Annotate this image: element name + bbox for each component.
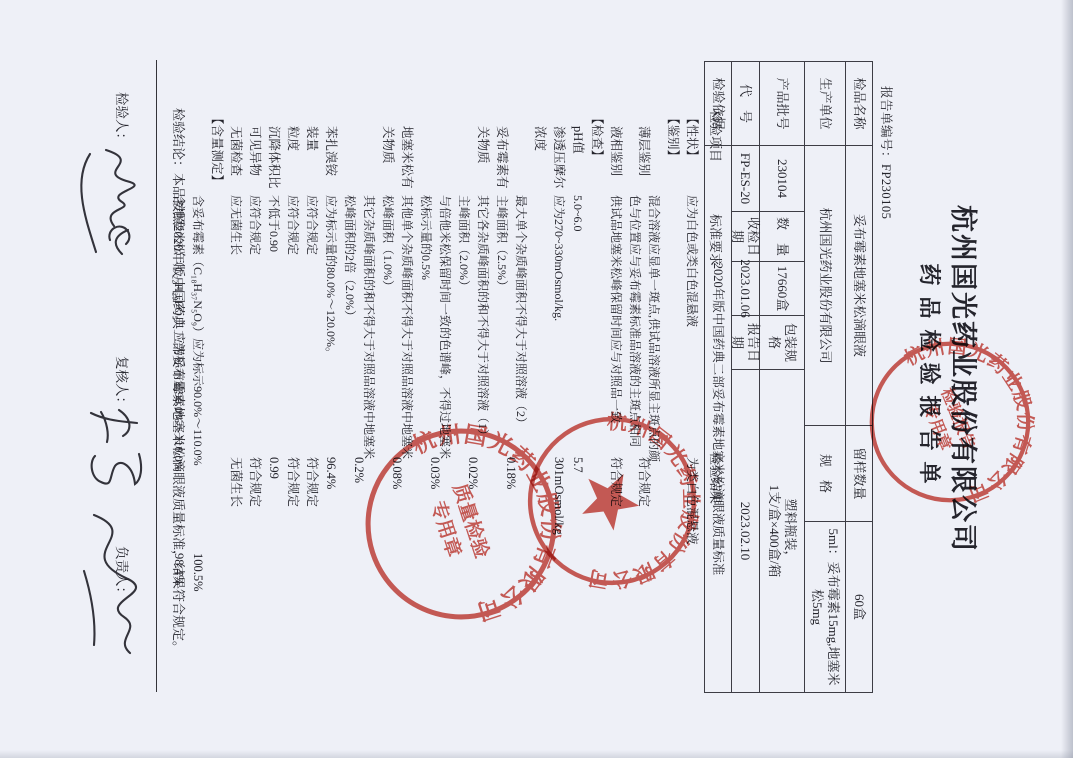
test-item-label: 无菌检查 <box>226 0 245 195</box>
test-row: 薄层鉴别 混合溶液应显单一斑点,供试品溶液所显主斑点的颜色与位置应与妥布霉素标准… <box>625 0 663 758</box>
result-value: 符合规定 <box>302 457 321 507</box>
result-value: 100.5% <box>188 553 207 592</box>
report-number-label: 报告单编号： <box>879 86 893 164</box>
info-row-code: 代 号 FP-ES-20 收检日期 2023.01.06 报告日期 2023.0… <box>731 62 759 692</box>
column-result: 检验结果 <box>707 452 726 504</box>
standard-text: 应无菌生长 <box>226 195 245 457</box>
info-row-batch: 产品批号 230104 数 量 17660盒 包装规格 塑料瓶装，1支/盒×40… <box>759 62 804 692</box>
test-item-label: 妥布霉素有关物质 <box>454 0 530 195</box>
report-date-label: 报告日期 <box>732 316 759 370</box>
reviewer-signature <box>73 398 153 498</box>
test-item-label: 渗透压摩尔浓度 <box>530 0 568 195</box>
spec-label: 规 格 <box>805 426 845 522</box>
column-item: 检验项目 <box>707 110 726 162</box>
test-item-label: 地塞米松有关物质 <box>340 0 454 195</box>
pack-value-line2: 1支/盒×400盒/箱 <box>766 485 782 578</box>
standard-text: 应为标示量的80.0%～120.0%。 <box>321 195 340 457</box>
test-item-label: 苯扎溴铵 <box>321 0 340 195</box>
test-item-label: pH值 <box>568 0 587 195</box>
qty-value: 17660盒 <box>760 262 804 316</box>
test-item-label: 装量 <box>302 0 321 195</box>
inspector-label: 检验人： <box>113 92 133 146</box>
conclusion-label: 检验结论： <box>171 108 186 173</box>
received-date-label: 收检日期 <box>732 212 759 262</box>
standard-text: 不低于0.90 <box>264 195 283 457</box>
scan-edge-shadow-right <box>1061 0 1073 758</box>
standard-text: 其他单个杂质峰面积不得大于对照品溶液中地塞米松峰面积（1.0%） <box>378 195 416 457</box>
test-row: 渗透压摩尔浓度 应为270~330mOsmol/kg. 301mOsmol/kg <box>530 0 568 758</box>
test-row: 苯扎溴铵 应为标示量的80.0%～120.0%。 96.4% <box>321 0 340 758</box>
test-item-label: 沉降体积比 <box>264 0 283 195</box>
conclusion-text: 本品按照2020年版中国药典二部妥布霉素地塞米松滴眼液质量标准，结果符合规定。 <box>171 173 186 654</box>
scan-edge-shadow-bottom <box>0 750 1073 758</box>
test-row: 液相鉴别 供试品地塞米松峰保留时间应与对照品一致 符合规定 <box>606 0 625 758</box>
qty-label: 数 量 <box>760 212 804 262</box>
test-row: 妥布霉素有关物质 最大单个杂质峰面积不得大于对照溶液（2）主峰面积（2.5%） … <box>454 0 530 758</box>
conclusion: 检验结论：本品按照2020年版中国药典二部妥布霉素地塞米松滴眼液质量标准，结果符… <box>170 108 189 708</box>
received-date-value: 2023.01.06 <box>732 262 759 316</box>
sample-name-label: 检品名称 <box>846 62 872 146</box>
retained-qty-value: 60盒 <box>846 522 872 692</box>
report-number: 报告单编号：FP230105 <box>878 86 896 219</box>
test-row: 沉降体积比 不低于0.90 0.99 <box>264 0 283 758</box>
result-value: 0.99 <box>264 457 283 479</box>
test-row: 装量 应符合规定 符合规定 <box>302 0 321 758</box>
test-item-label: 【检查】 <box>587 0 606 195</box>
pack-value-line1: 塑料瓶装， <box>782 498 798 563</box>
test-item-label <box>188 0 207 195</box>
test-item-label: 液相鉴别 <box>606 0 625 195</box>
test-row: pH值 5.0~6.0 5.7 <box>568 0 587 758</box>
approver-signature <box>53 505 158 665</box>
standard-text: 应符合规定 <box>283 195 302 457</box>
star-icon <box>580 468 644 534</box>
test-section-row: 【鉴别】 <box>663 0 682 758</box>
report-document: 报告单编号：FP230105 杭州国光药业股份有限公司 药品检验报告单 检品名称… <box>0 0 1073 758</box>
pack-label: 包装规格 <box>760 316 804 370</box>
code-label: 代 号 <box>732 62 759 146</box>
scanned-report-page: 报告单编号：FP230105 杭州国光药业股份有限公司 药品检验报告单 检品名称… <box>0 0 1073 758</box>
test-table-body: 【性状】 应为白色或类白色混悬液 为类白色混悬液 【鉴别】 薄层鉴别 混合溶液应… <box>169 0 701 758</box>
spec-value: 5ml：妥布霉素15mg,地塞米松5mg <box>805 522 845 692</box>
standard-text: 应为白色或类白色混悬液 <box>682 195 701 457</box>
test-item-label: 可见异物 <box>245 0 264 195</box>
standard-text: 应符合规定 <box>245 195 264 457</box>
test-row: 可见异物 应符合规定 符合规定 <box>245 0 264 758</box>
test-item-label: 【鉴别】 <box>663 0 682 195</box>
test-section-row: 【含量测定】 <box>207 0 226 758</box>
inspector-signature <box>58 140 158 270</box>
info-row-manufacturer: 生产单位 杭州国光药业股份有限公司 规 格 5ml：妥布霉素15mg,地塞米松5… <box>804 62 845 692</box>
batch-value: 230104 <box>760 146 804 212</box>
pack-value: 塑料瓶装，1支/盒×400盒/箱 <box>760 370 804 692</box>
result-value: 符合规定 <box>283 457 302 507</box>
report-date-value: 2023.02.10 <box>732 370 759 692</box>
test-row: 含妥布霉素（C₁₈H₃₇N₅O₉）应为标示90.0%～110.0% 100.5% <box>188 0 207 758</box>
test-row: 粒度 应符合规定 符合规定 <box>283 0 302 758</box>
standard-text: 与倍他米松保留时间一致的色谱峰，不得过地塞米松标示量的0.5% <box>416 195 454 457</box>
test-item-label: 粒度 <box>283 0 302 195</box>
test-item-label: 【含量测定】 <box>207 0 226 195</box>
test-item-label: 薄层鉴别 <box>625 0 663 195</box>
test-section-row: 【检查】 <box>587 0 606 758</box>
result-value: 无菌生长 <box>226 457 245 507</box>
column-standard: 标准要求 <box>707 214 726 266</box>
code-value: FP-ES-20 <box>732 146 759 212</box>
rotated-document: 报告单编号：FP230105 杭州国光药业股份有限公司 药品检验报告单 检品名称… <box>0 0 1073 758</box>
report-number-value: FP230105 <box>879 164 893 219</box>
standard-text: 其它杂质峰面积的和不得大于对照品溶液中地塞米松峰面积的2倍（2.0%） <box>340 195 378 457</box>
test-item-label: 【性状】 <box>682 0 701 195</box>
manufacturer-label: 生产单位 <box>805 62 845 146</box>
standard-text: 应符合规定 <box>302 195 321 457</box>
batch-label: 产品批号 <box>760 62 804 146</box>
test-row: 【性状】 应为白色或类白色混悬液 为类白色混悬液 <box>682 0 701 758</box>
result-value: 符合规定 <box>245 457 264 507</box>
manufacturer-value: 杭州国光药业股份有限公司 <box>805 146 845 426</box>
standard-text: 含妥布霉素（C₁₈H₃₇N₅O₉）应为标示90.0%～110.0% <box>188 195 207 553</box>
test-row: 无菌检查 应无菌生长 无菌生长 <box>226 0 245 758</box>
